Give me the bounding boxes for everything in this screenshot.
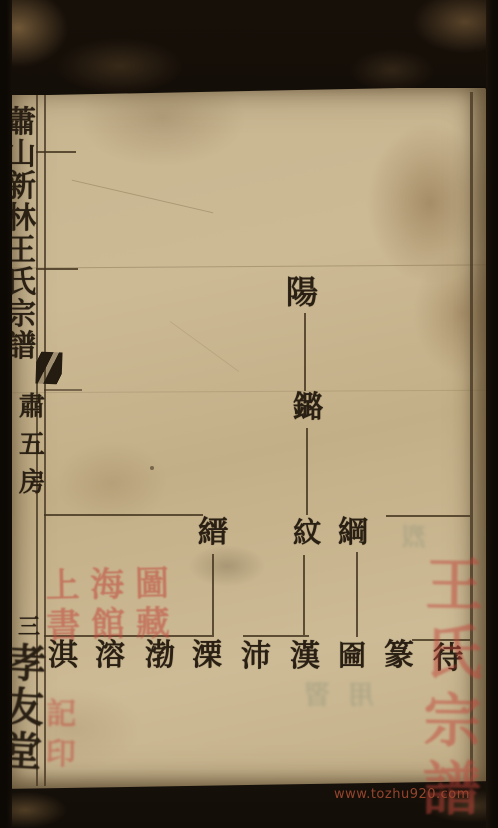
collection-seal-left: 上 海 圖 書 館 藏 [45, 567, 173, 644]
connector-vline-lu-to-wen [306, 428, 308, 515]
branch-label-char: 肅 [19, 394, 45, 420]
bleedthrough-mark: 烈 [402, 525, 426, 549]
connector-vline-wen [303, 555, 305, 635]
connector-vline-gang [356, 552, 358, 637]
seal-glyph: 書 [46, 609, 83, 644]
connector-vline-yang-to-lu [304, 313, 306, 391]
watermark-url: www.tozhu920.com [334, 787, 470, 802]
branch-label-char: 五 [19, 432, 45, 458]
seal-glyph: 氏 [424, 624, 483, 683]
tree-node-gen4: 溶 [95, 641, 125, 671]
bleedthrough-mark: 用 [348, 683, 374, 709]
collection-seal-right: 王 氏 宗 譜 [422, 556, 484, 819]
seal-glyph: 館 [91, 608, 128, 643]
paper-crease [12, 390, 486, 393]
paper-crease [12, 264, 486, 268]
tree-node-gen4: 漢 [290, 642, 320, 672]
paper-crease [170, 321, 239, 372]
tree-node-gen4: 圇 [338, 642, 366, 670]
seal-glyph: 印 [46, 740, 76, 770]
paper-sheet: 蕭 山 新 林 王 氏 宗 譜 肅 五 房 三 孝 友 堂 陽 鏴 縉 [12, 88, 486, 790]
scanned-genealogy-page: 蕭 山 新 林 王 氏 宗 譜 肅 五 房 三 孝 友 堂 陽 鏴 縉 [0, 0, 498, 828]
scan-border-right [486, 0, 498, 828]
branch-label: 肅 五 房 [19, 394, 45, 496]
seal-glyph: 上 [45, 569, 82, 604]
connector-vline-jin [212, 554, 214, 635]
seal-glyph: 宗 [423, 692, 482, 751]
seal-glyph: 王 [425, 556, 484, 615]
collection-seal-left-lower: 記 印 [46, 700, 77, 770]
seal-glyph: 記 [46, 700, 76, 730]
paper-crease [72, 180, 214, 214]
connector-hline-row3-right [386, 515, 470, 517]
tree-node-gen4: 溧 [192, 641, 222, 671]
tree-node-gen1: 陽 [286, 276, 318, 308]
scan-border-left [0, 0, 12, 828]
tree-node-gen3: 縉 [198, 518, 228, 548]
generation-tick [36, 268, 78, 270]
tree-node-gen4: 渤 [145, 641, 175, 671]
tree-node-gen4: 篆 [384, 641, 414, 671]
tree-node-gen2: 鏴 [293, 393, 323, 423]
seal-glyph: 藏 [135, 607, 172, 642]
connector-bracket-wen-children [243, 635, 309, 637]
branch-label-char: 房 [19, 470, 45, 496]
tree-node-gen3: 紋 [293, 519, 321, 547]
seal-glyph: 圖 [135, 567, 172, 602]
generation-tick [36, 151, 76, 153]
connector-hline-row3-left [44, 514, 203, 516]
ink-speck [150, 466, 154, 470]
page-number: 三 [18, 616, 40, 638]
seal-glyph: 海 [90, 568, 127, 603]
scan-border-top [0, 0, 498, 95]
bleedthrough-mark: 習 [304, 683, 330, 709]
tree-node-gen4: 沛 [241, 642, 271, 672]
fishtail-ornament [35, 352, 62, 385]
tree-node-gen3: 綱 [338, 518, 368, 548]
generation-tick [44, 389, 82, 391]
